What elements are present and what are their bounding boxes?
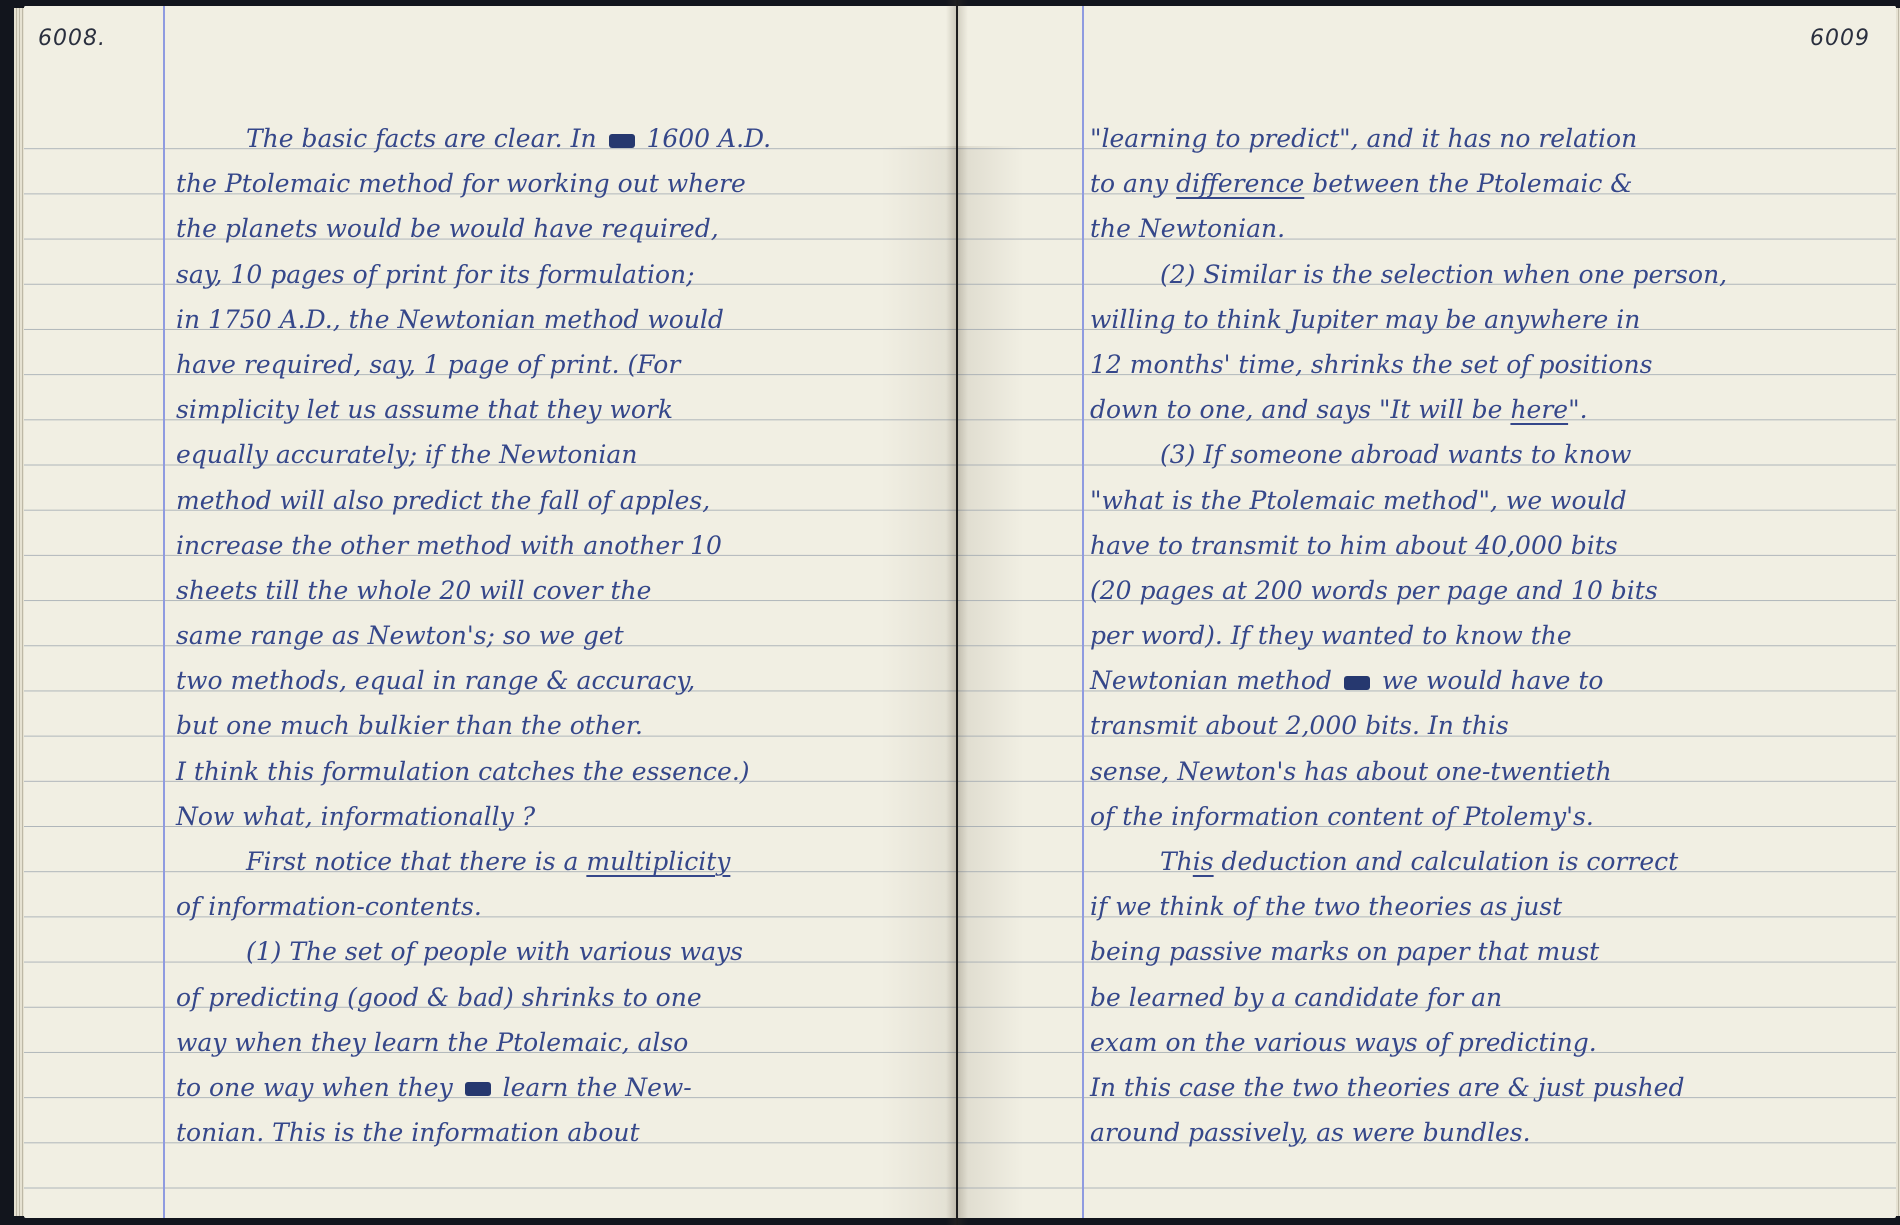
text-line: method will also predict the fall of app… bbox=[176, 478, 956, 523]
underlined-word: here bbox=[1510, 395, 1568, 424]
text-line: The basic facts are clear. In 1600 A.D. bbox=[176, 116, 956, 161]
margin-line bbox=[1082, 6, 1084, 1218]
text-line: being passive marks on paper that must bbox=[1090, 929, 1890, 974]
text-line: "learning to predict", and it has no rel… bbox=[1090, 116, 1890, 161]
text-line: to one way when they learn the New- bbox=[176, 1065, 956, 1110]
text-line: say, 10 pages of print for its formulati… bbox=[176, 252, 956, 297]
text-line: the planets would be would have required… bbox=[176, 206, 956, 251]
text-line: (1) The set of people with various ways bbox=[176, 929, 956, 974]
text-line: (20 pages at 200 words per page and 10 b… bbox=[1090, 568, 1890, 613]
text-line: have to transmit to him about 40,000 bit… bbox=[1090, 523, 1890, 568]
page-number: 6008. bbox=[38, 26, 106, 51]
text-line: of information-contents. bbox=[176, 884, 956, 929]
text-line: Now what, informationally ? bbox=[176, 794, 956, 839]
text-line: have required, say, 1 page of print. (Fo… bbox=[176, 342, 956, 387]
text-line: be learned by a candidate for an bbox=[1090, 975, 1890, 1020]
text-line: around passively, as were bundles. bbox=[1090, 1110, 1890, 1155]
right-page: 6009 "learning to predict", and it has n… bbox=[958, 6, 1896, 1218]
text-line: exam on the various ways of predicting. bbox=[1090, 1020, 1890, 1065]
text-line: transmit about 2,000 bits. In this bbox=[1090, 703, 1890, 748]
text-line: of predicting (good & bad) shrinks to on… bbox=[176, 975, 956, 1020]
text-line: "what is the Ptolemaic method", we would bbox=[1090, 478, 1890, 523]
text-line: the Ptolemaic method for working out whe… bbox=[176, 161, 956, 206]
text-line: to any difference between the Ptolemaic … bbox=[1090, 161, 1890, 206]
ink-blot-strikeout bbox=[1344, 676, 1370, 690]
underlined-word: is bbox=[1193, 847, 1214, 876]
text-line: two methods, equal in range & accuracy, bbox=[176, 658, 956, 703]
handwritten-text: The basic facts are clear. In 1600 A.D.t… bbox=[176, 116, 956, 1155]
handwritten-text: "learning to predict", and it has no rel… bbox=[1090, 116, 1890, 1155]
left-page-edges bbox=[14, 8, 24, 1216]
left-page: 6008. The basic facts are clear. In 1600… bbox=[24, 6, 956, 1218]
text-line: tonian. This is the information about bbox=[176, 1110, 956, 1155]
text-line: sense, Newton's has about one-twentieth bbox=[1090, 749, 1890, 794]
text-line: (3) If someone abroad wants to know bbox=[1090, 432, 1890, 477]
text-line: down to one, and says "It will be here". bbox=[1090, 387, 1890, 432]
text-line: In this case the two theories are & just… bbox=[1090, 1065, 1890, 1110]
text-line: First notice that there is a multiplicit… bbox=[176, 839, 956, 884]
text-line: in 1750 A.D., the Newtonian method would bbox=[176, 297, 956, 342]
text-line: per word). If they wanted to know the bbox=[1090, 613, 1890, 658]
text-line: of the information content of Ptolemy's. bbox=[1090, 794, 1890, 839]
text-line: if we think of the two theories as just bbox=[1090, 884, 1890, 929]
page-number: 6009 bbox=[1810, 26, 1870, 51]
underlined-word: difference bbox=[1176, 169, 1304, 198]
text-line: way when they learn the Ptolemaic, also bbox=[176, 1020, 956, 1065]
ink-blot-strikeout bbox=[465, 1082, 491, 1096]
notebook-spread: 6008. The basic facts are clear. In 1600… bbox=[0, 0, 1900, 1225]
text-line: I think this formulation catches the ess… bbox=[176, 749, 956, 794]
ink-blot-strikeout bbox=[609, 134, 635, 148]
text-line: 12 months' time, shrinks the set of posi… bbox=[1090, 342, 1890, 387]
text-line: the Newtonian. bbox=[1090, 206, 1890, 251]
text-line: same range as Newton's; so we get bbox=[176, 613, 956, 658]
text-line: equally accurately; if the Newtonian bbox=[176, 432, 956, 477]
text-line: This deduction and calculation is correc… bbox=[1090, 839, 1890, 884]
text-line: increase the other method with another 1… bbox=[176, 523, 956, 568]
text-line: willing to think Jupiter may be anywhere… bbox=[1090, 297, 1890, 342]
text-line: Newtonian method we would have to bbox=[1090, 658, 1890, 703]
underlined-word: multiplicity bbox=[586, 847, 730, 876]
text-line: but one much bulkier than the other. bbox=[176, 703, 956, 748]
text-line: sheets till the whole 20 will cover the bbox=[176, 568, 956, 613]
text-line: (2) Similar is the selection when one pe… bbox=[1090, 252, 1890, 297]
text-line: simplicity let us assume that they work bbox=[176, 387, 956, 432]
margin-line bbox=[163, 6, 165, 1218]
